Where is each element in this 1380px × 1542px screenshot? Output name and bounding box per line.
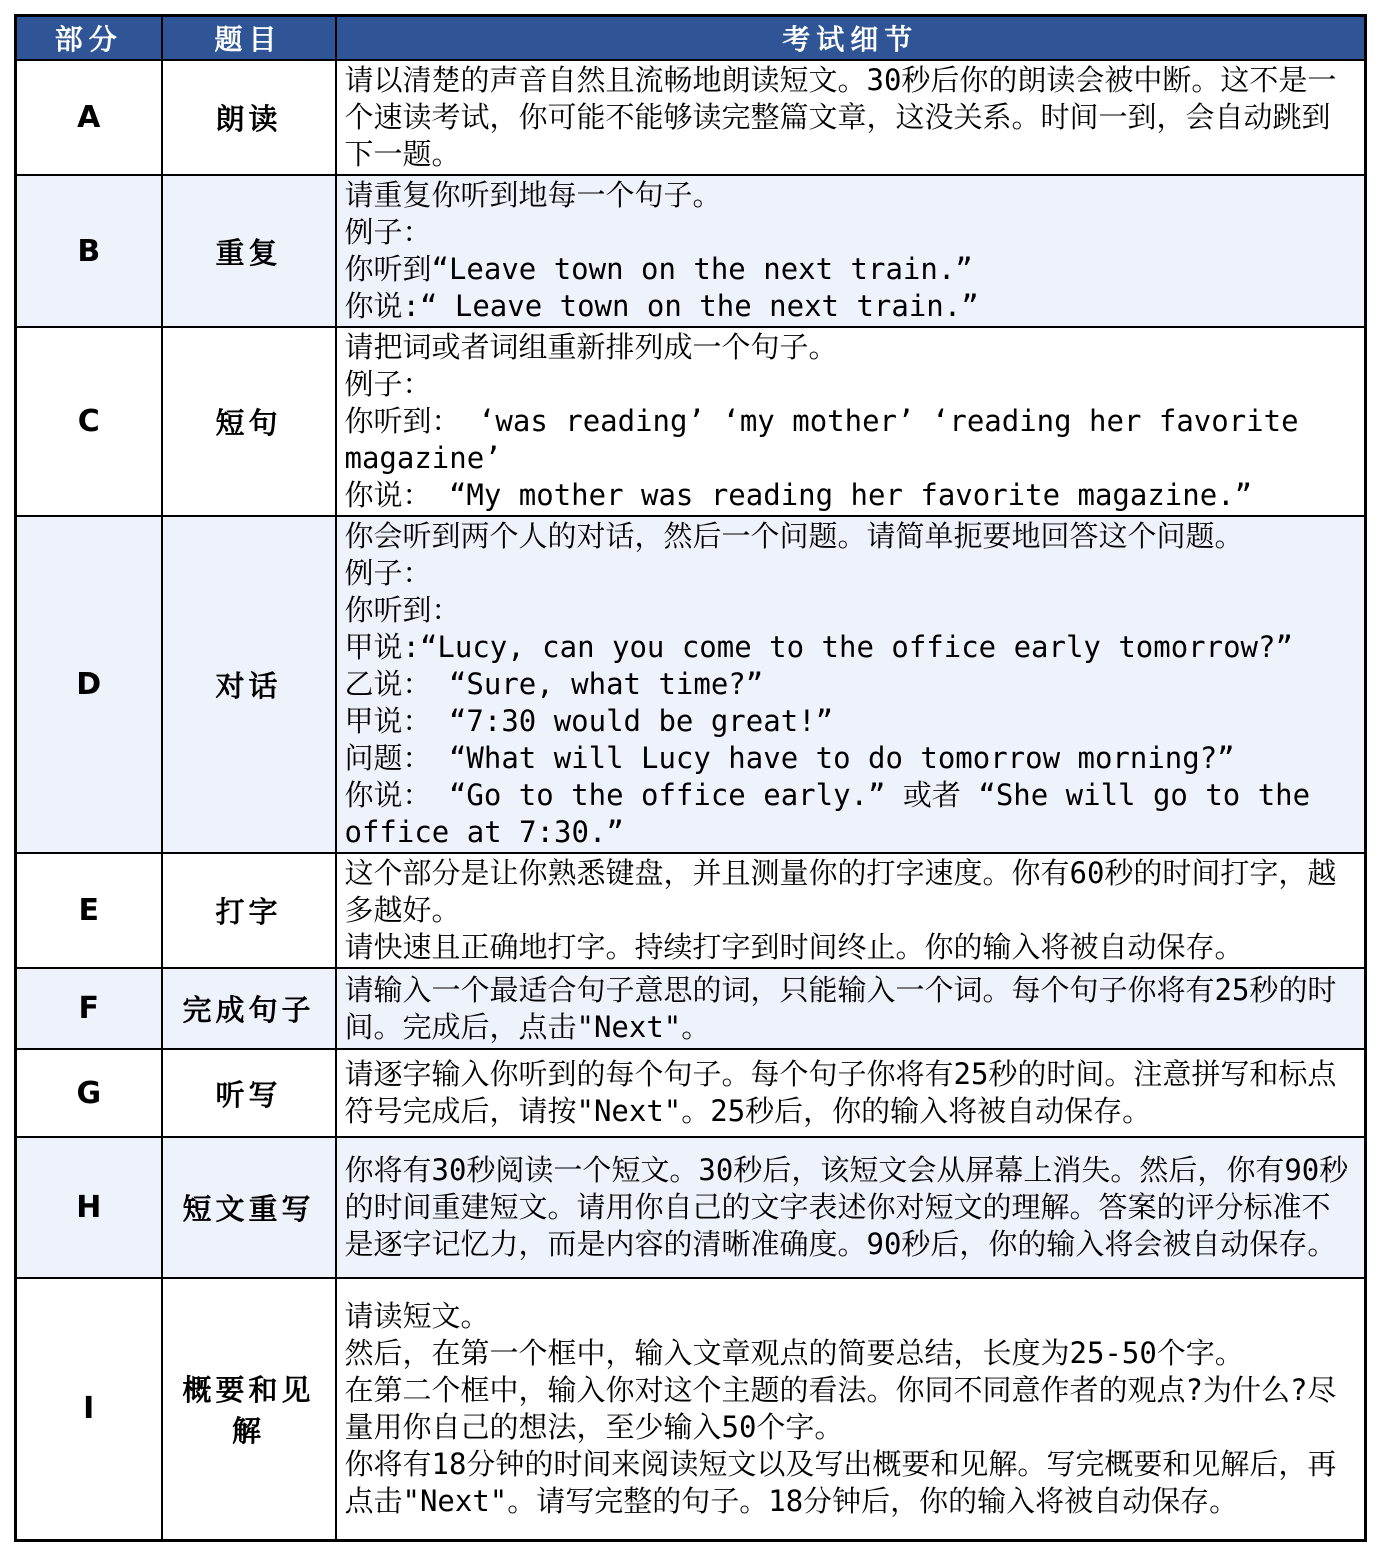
section-details: 这个部分是让你熟悉键盘，并且测量你的打字速度。你有60秒的时间打字，越多越好。 … bbox=[336, 853, 1366, 968]
details-line: 请快速且正确地打字。持续打字到时间终止。你的输入将被自动保存。 bbox=[345, 929, 1357, 966]
table-row-d: D 对话 你会听到两个人的对话，然后一个问题。请简单扼要地回答这个问题。 例子：… bbox=[16, 516, 1366, 853]
details-line: 例子： bbox=[345, 555, 1357, 592]
part-label: B bbox=[16, 175, 162, 327]
details-line: 你听到“Leave town on the next train.” bbox=[345, 251, 1357, 288]
details-line: 你将有30秒阅读一个短文。30秒后，该短文会从屏幕上消失。然后，你有90秒的时间… bbox=[345, 1152, 1357, 1263]
table-row-g: G 听写 请逐字输入你听到的每个句子。每个句子你将有25秒的时间。注意拼写和标点… bbox=[16, 1049, 1366, 1137]
section-title: 概要和见解 bbox=[162, 1278, 336, 1540]
table-row-c: C 短句 请把词或者词组重新排列成一个句子。 例子： 你听到： ‘was rea… bbox=[16, 327, 1366, 516]
details-line: 你将有18分钟的时间来阅读短文以及写出概要和见解。写完概要和见解后，再点击"Ne… bbox=[345, 1446, 1357, 1520]
part-label: H bbox=[16, 1137, 162, 1278]
section-details: 请以清楚的声音自然且流畅地朗读短文。30秒后你的朗读会被中断。这不是一个速读考试… bbox=[336, 60, 1366, 175]
section-details: 请输入一个最适合句子意思的词，只能输入一个词。每个句子你将有25秒的时间。完成后… bbox=[336, 968, 1366, 1049]
details-line: 然后，在第一个框中，输入文章观点的简要总结，长度为25-50个字。 bbox=[345, 1335, 1357, 1372]
details-line: 例子： bbox=[345, 214, 1357, 251]
section-title: 对话 bbox=[162, 516, 336, 853]
header-part: 部分 bbox=[16, 16, 162, 61]
part-label: C bbox=[16, 327, 162, 516]
section-title: 朗读 bbox=[162, 60, 336, 175]
section-title: 打字 bbox=[162, 853, 336, 968]
details-line: 问题： “What will Lucy have to do tomorrow … bbox=[345, 740, 1357, 777]
section-title: 完成句子 bbox=[162, 968, 336, 1049]
part-label: I bbox=[16, 1278, 162, 1540]
table-row-e: E 打字 这个部分是让你熟悉键盘，并且测量你的打字速度。你有60秒的时间打字，越… bbox=[16, 853, 1366, 968]
section-details: 请重复你听到地每一个句子。 例子： 你听到“Leave town on the … bbox=[336, 175, 1366, 327]
details-line: 你说： “Go to the office early.” 或者 “She wi… bbox=[345, 777, 1357, 851]
document-page: 部分 题目 考试细节 A 朗读 请以清楚的声音自然且流畅地朗读短文。30秒后你的… bbox=[0, 0, 1380, 1508]
details-line: 例子： bbox=[345, 366, 1357, 403]
details-line: 这个部分是让你熟悉键盘，并且测量你的打字速度。你有60秒的时间打字，越多越好。 bbox=[345, 855, 1357, 929]
section-details: 请把词或者词组重新排列成一个句子。 例子： 你听到： ‘was reading’… bbox=[336, 327, 1366, 516]
details-line: 甲说:“Lucy, can you come to the office ear… bbox=[345, 629, 1357, 666]
table-body: A 朗读 请以清楚的声音自然且流畅地朗读短文。30秒后你的朗读会被中断。这不是一… bbox=[16, 60, 1366, 1540]
details-line: 你听到： ‘was reading’ ‘my mother’ ‘reading … bbox=[345, 403, 1357, 477]
section-title: 短句 bbox=[162, 327, 336, 516]
section-title: 听写 bbox=[162, 1049, 336, 1137]
table-row-i: I 概要和见解 请读短文。 然后，在第一个框中，输入文章观点的简要总结，长度为2… bbox=[16, 1278, 1366, 1540]
details-line: 你说： “My mother was reading her favorite … bbox=[345, 477, 1357, 514]
part-label: E bbox=[16, 853, 162, 968]
part-label: A bbox=[16, 60, 162, 175]
details-line: 乙说： “Sure, what time?” bbox=[345, 666, 1357, 703]
section-details: 你将有30秒阅读一个短文。30秒后，该短文会从屏幕上消失。然后，你有90秒的时间… bbox=[336, 1137, 1366, 1278]
part-label: F bbox=[16, 968, 162, 1049]
section-details: 请逐字输入你听到的每个句子。每个句子你将有25秒的时间。注意拼写和标点符号完成后… bbox=[336, 1049, 1366, 1137]
table-row-b: B 重复 请重复你听到地每一个句子。 例子： 你听到“Leave town on… bbox=[16, 175, 1366, 327]
exam-sections-table: 部分 题目 考试细节 A 朗读 请以清楚的声音自然且流畅地朗读短文。30秒后你的… bbox=[14, 14, 1367, 1542]
table-row-f: F 完成句子 请输入一个最适合句子意思的词，只能输入一个词。每个句子你将有25秒… bbox=[16, 968, 1366, 1049]
details-line: 你说:“ Leave town on the next train.” bbox=[345, 288, 1357, 325]
details-line: 请输入一个最适合句子意思的词，只能输入一个词。每个句子你将有25秒的时间。完成后… bbox=[345, 972, 1357, 1046]
section-title: 重复 bbox=[162, 175, 336, 327]
details-line: 请以清楚的声音自然且流畅地朗读短文。30秒后你的朗读会被中断。这不是一个速读考试… bbox=[345, 62, 1357, 173]
table-header-row: 部分 题目 考试细节 bbox=[16, 16, 1366, 61]
header-title: 题目 bbox=[162, 16, 336, 61]
header-details: 考试细节 bbox=[336, 16, 1366, 61]
details-line: 甲说： “7:30 would be great!” bbox=[345, 703, 1357, 740]
details-line: 请读短文。 bbox=[345, 1298, 1357, 1335]
details-line: 请把词或者词组重新排列成一个句子。 bbox=[345, 329, 1357, 366]
section-details: 你会听到两个人的对话，然后一个问题。请简单扼要地回答这个问题。 例子： 你听到：… bbox=[336, 516, 1366, 853]
section-title: 短文重写 bbox=[162, 1137, 336, 1278]
details-line: 你听到： bbox=[345, 592, 1357, 629]
section-details: 请读短文。 然后，在第一个框中，输入文章观点的简要总结，长度为25-50个字。 … bbox=[336, 1278, 1366, 1540]
table-row-a: A 朗读 请以清楚的声音自然且流畅地朗读短文。30秒后你的朗读会被中断。这不是一… bbox=[16, 60, 1366, 175]
details-line: 请逐字输入你听到的每个句子。每个句子你将有25秒的时间。注意拼写和标点符号完成后… bbox=[345, 1056, 1357, 1130]
table-row-h: H 短文重写 你将有30秒阅读一个短文。30秒后，该短文会从屏幕上消失。然后，你… bbox=[16, 1137, 1366, 1278]
part-label: D bbox=[16, 516, 162, 853]
details-line: 请重复你听到地每一个句子。 bbox=[345, 177, 1357, 214]
details-line: 你会听到两个人的对话，然后一个问题。请简单扼要地回答这个问题。 bbox=[345, 518, 1357, 555]
part-label: G bbox=[16, 1049, 162, 1137]
details-line: 在第二个框中，输入你对这个主题的看法。你同不同意作者的观点?为什么?尽量用你自己… bbox=[345, 1372, 1357, 1446]
